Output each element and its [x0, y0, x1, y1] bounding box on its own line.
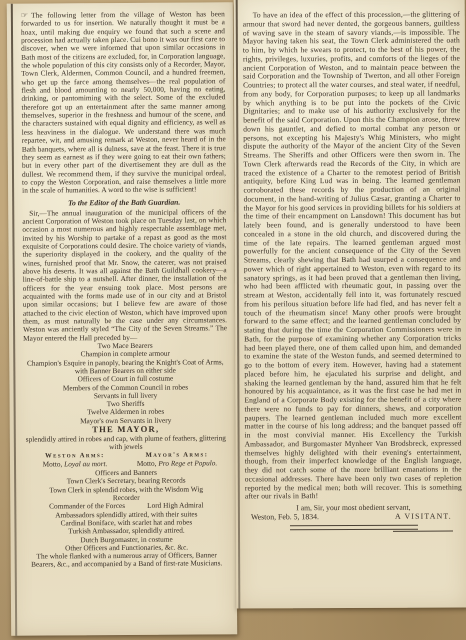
intro-paragraph-text: The following letter from the village of… — [21, 9, 226, 195]
column-rule-right — [236, 0, 241, 608]
signature: A VISITANT. — [395, 512, 452, 522]
scanned-page: { "colors": { "backing_paper": "#bda272"… — [0, 0, 466, 640]
weston-arms: Weston Arms: Motto, Loyal au mort. — [24, 452, 126, 469]
motto-prefix: Motto, — [137, 459, 157, 468]
mayors-arms: Mayor's Arms: Motto, Pro Rege et Populo. — [126, 451, 228, 468]
newspaper-clipping-left-column: ☞The following letter from the village o… — [7, 2, 237, 636]
mayors-arms-motto: Motto, Pro Rege et Populo. — [126, 458, 228, 468]
motto-text: Loyal au mort. — [64, 459, 107, 468]
main-paragraph: To have an idea of the effect of this pr… — [243, 11, 462, 502]
dateline: Weston, Feb. 5, 1834. — [251, 512, 319, 522]
procession-line: The whole flanked with a numerous array … — [25, 551, 229, 569]
arms-row: Weston Arms: Motto, Loyal au mort. Mayor… — [24, 451, 228, 468]
signature-row: Weston, Feb. 5, 1834. A VISITANT. — [245, 512, 462, 523]
letter-opening-paragraph: Sir,—The annual inauguration of the muni… — [22, 208, 227, 343]
intro-paragraph: ☞The following letter from the village o… — [21, 10, 226, 195]
editor-heading: To the Editor of the Bath Guardian. — [22, 197, 226, 207]
procession-list: Two Mace Bearers Champion in complete ar… — [23, 341, 228, 451]
column-rule-left — [11, 4, 17, 636]
motto-text: Pro Rege et Populo. — [158, 458, 217, 467]
procession-list-continued: Officers and Banners Town Clerk's Secret… — [24, 468, 229, 569]
newspaper-clipping-right-column: To have an idea of the effect of this pr… — [234, 0, 466, 609]
end-flourish-rule-small — [393, 531, 453, 534]
end-flourish-rule — [289, 525, 417, 531]
mayor-description: splendidly attired in robes and cap, wit… — [24, 434, 228, 452]
motto-prefix: Motto, — [43, 460, 63, 469]
